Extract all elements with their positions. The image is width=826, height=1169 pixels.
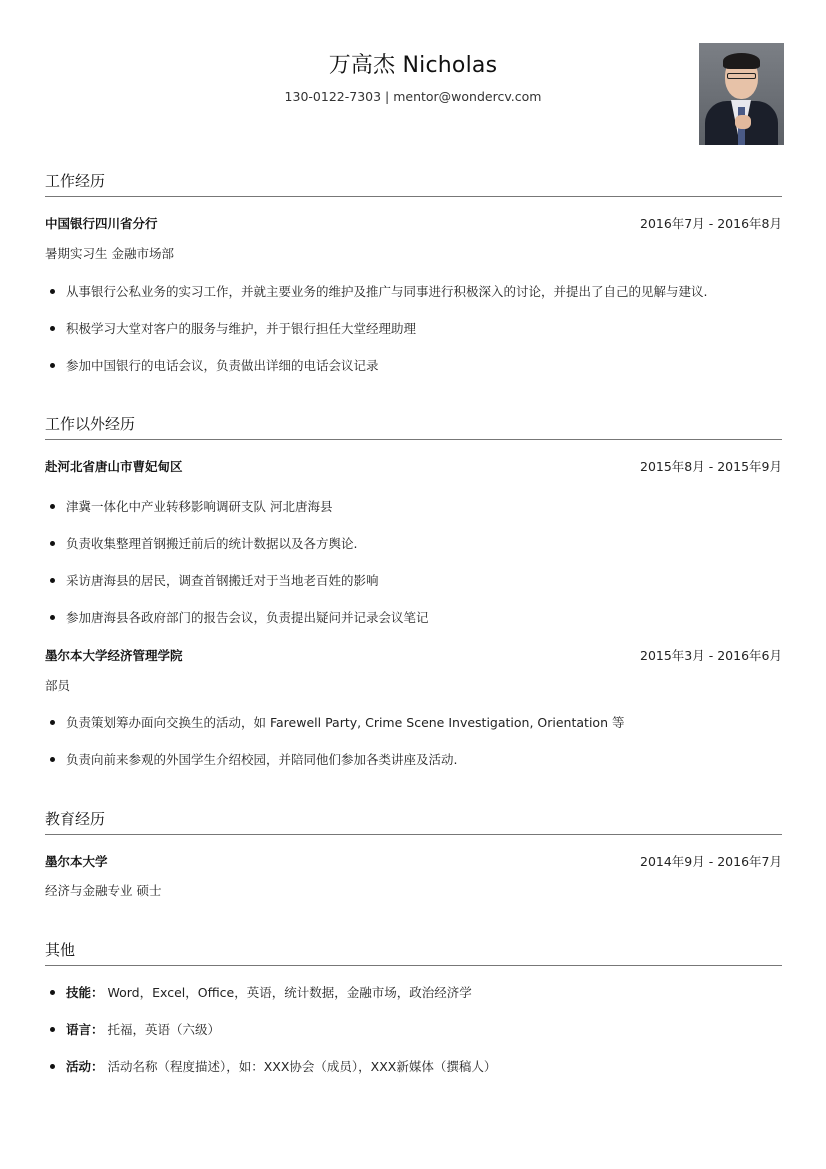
- entry-role: 部员: [45, 676, 70, 694]
- entry-role: 经济与金融专业 硕士: [45, 881, 161, 899]
- section-divider: [45, 834, 782, 835]
- section-work-experience: 工作经历: [45, 170, 782, 192]
- entry-role: 暑期实习生 金融市场部: [45, 244, 174, 262]
- section-education: 教育经历: [45, 808, 782, 830]
- bullet-icon: [50, 578, 55, 583]
- section-title: 教育经历: [45, 808, 782, 830]
- list-item: 负责向前来参观的外国学生介绍校园，并陪同他们参加各类讲座及活动.: [50, 750, 457, 768]
- list-item-skills: 技能： Word，Excel，Office，英语，统计数据，金融市场，政治经济学: [50, 983, 472, 1001]
- entry-header: 中国银行四川省分行 2016年7月 - 2016年8月: [45, 214, 782, 232]
- section-other-experience: 工作以外经历: [45, 413, 782, 435]
- entry-org: 赴河北省唐山市曹妃甸区: [45, 459, 183, 474]
- bullet-icon: [50, 990, 55, 995]
- list-item: 参加唐海县各政府部门的报告会议，负责提出疑问并记录会议笔记: [50, 608, 429, 626]
- section-divider: [45, 965, 782, 966]
- list-item: 积极学习大堂对客户的服务与维护，并于银行担任大堂经理助理: [50, 319, 416, 337]
- list-item-languages: 语言： 托福，英语（六级）: [50, 1020, 220, 1038]
- bullet-icon: [50, 757, 55, 762]
- bullet-icon: [50, 1027, 55, 1032]
- section-divider: [45, 439, 782, 440]
- entry-header: 赴河北省唐山市曹妃甸区 2015年8月 - 2015年9月: [45, 457, 782, 475]
- list-item: 负责收集整理首钢搬迁前后的统计数据以及各方舆论.: [50, 534, 357, 552]
- list-item: 负责策划筹办面向交换生的活动，如 Farewell Party, Crime S…: [50, 713, 624, 731]
- list-item-activities: 活动： 活动名称（程度描述），如：XXX协会（成员），XXX新媒体（撰稿人）: [50, 1057, 496, 1075]
- entry-org: 墨尔本大学: [45, 854, 108, 869]
- entry-date: 2015年8月 - 2015年9月: [640, 457, 782, 475]
- entry-date: 2015年3月 - 2016年6月: [640, 646, 782, 664]
- entry-header: 墨尔本大学 2014年9月 - 2016年7月: [45, 852, 782, 870]
- section-divider: [45, 196, 782, 197]
- entry-date: 2016年7月 - 2016年8月: [640, 214, 782, 232]
- section-title: 其他: [45, 939, 782, 961]
- bullet-icon: [50, 541, 55, 546]
- bullet-icon: [50, 326, 55, 331]
- list-item: 津冀一体化中产业转移影响调研支队 河北唐海县: [50, 497, 332, 515]
- entry-header: 墨尔本大学经济管理学院 2015年3月 - 2016年6月: [45, 646, 782, 664]
- bullet-icon: [50, 720, 55, 725]
- section-misc: 其他: [45, 939, 782, 961]
- section-title: 工作经历: [45, 170, 782, 192]
- list-item: 采访唐海县的居民，调查首钢搬迁对于当地老百姓的影响: [50, 571, 379, 589]
- bullet-icon: [50, 363, 55, 368]
- entry-date: 2014年9月 - 2016年7月: [640, 852, 782, 870]
- bullet-icon: [50, 289, 55, 294]
- bullet-icon: [50, 504, 55, 509]
- resume-header: 万高杰 Nicholas 130-0122-7303 | mentor@wond…: [0, 0, 826, 150]
- bullet-icon: [50, 615, 55, 620]
- profile-photo: [699, 43, 784, 145]
- list-item: 参加中国银行的电话会议，负责做出详细的电话会议记录: [50, 356, 379, 374]
- entry-org: 中国银行四川省分行: [45, 216, 158, 231]
- bullet-icon: [50, 1064, 55, 1069]
- entry-org: 墨尔本大学经济管理学院: [45, 648, 183, 663]
- section-title: 工作以外经历: [45, 413, 782, 435]
- list-item: 从事银行公私业务的实习工作，并就主要业务的维护及推广与同事进行积极深入的讨论，并…: [50, 282, 707, 300]
